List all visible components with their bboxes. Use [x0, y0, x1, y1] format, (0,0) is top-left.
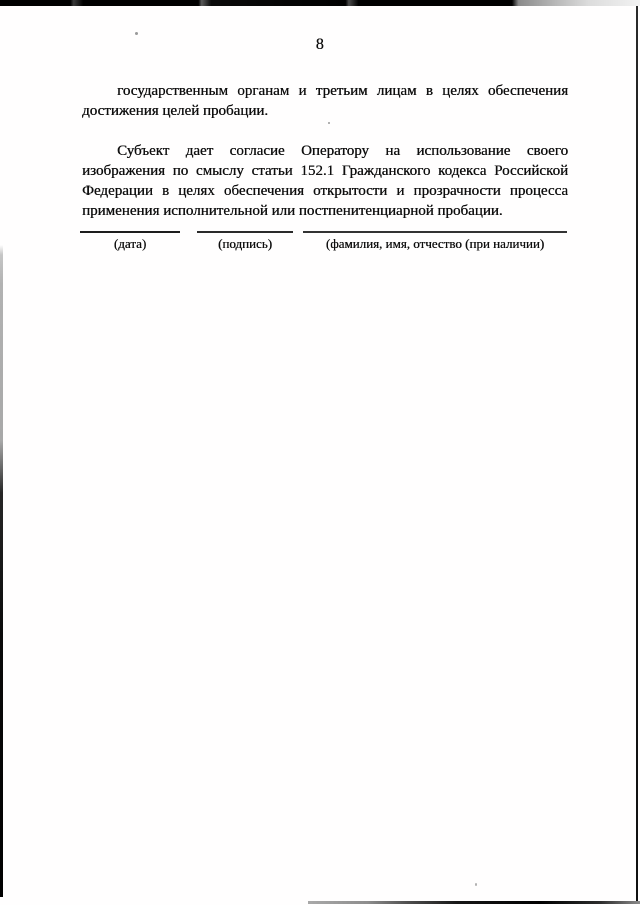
paragraph-2: Субъект дает согласие Оператору на испол… [82, 141, 568, 221]
signature-field-date: (дата) [80, 231, 180, 251]
signature-block: (дата) (подпись) (фамилия, имя, отчество… [80, 231, 567, 251]
paragraph-1: государственным органам и третьим лицам … [82, 81, 568, 121]
scan-speckle [475, 883, 477, 886]
scan-artifact-top-border [0, 0, 640, 6]
scan-artifact-left-border [0, 245, 3, 897]
scanned-document-page: 8 государственным органам и третьим лица… [0, 0, 640, 905]
scan-artifact-right-border [636, 6, 638, 903]
scan-artifact-bottom-border [308, 901, 640, 904]
signature-label-signature: (подпись) [197, 233, 293, 251]
document-text: государственным органам и третьим лицам … [82, 81, 568, 221]
text-line: государственным органам и третьим лицам … [82, 81, 568, 101]
scan-speckle [135, 32, 138, 35]
signature-field-signature: (подпись) [197, 231, 293, 251]
text-line: изображения по смыслу статьи 152.1 Гражд… [82, 161, 568, 181]
text-line: достижения целей пробации. [82, 101, 568, 121]
signature-label-date: (дата) [80, 233, 180, 251]
page-number: 8 [0, 36, 640, 54]
signature-field-fullname: (фамилия, имя, отчество (при наличии) [303, 231, 567, 251]
text-line: Федерации в целях обеспечения открытости… [82, 181, 568, 201]
signature-label-fullname: (фамилия, имя, отчество (при наличии) [303, 233, 567, 251]
text-line: Субъект дает согласие Оператору на испол… [82, 141, 568, 161]
text-line: применения исполнительной или постпените… [82, 201, 568, 221]
